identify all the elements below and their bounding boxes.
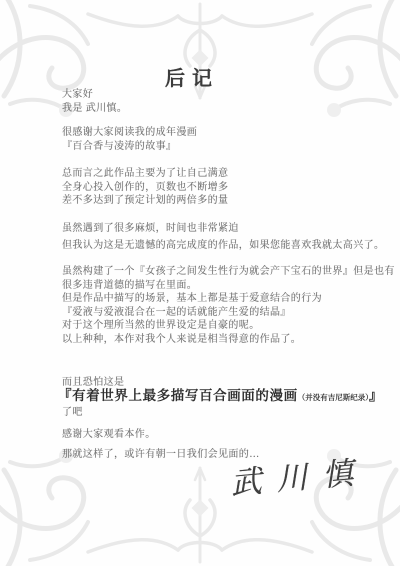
open-bracket: 『 [58,388,72,403]
text-line: 『百合香与凌涛的故事』 [62,140,197,154]
highlight-claim: 『有着世界上最多描写百合画面的漫画（并没有吉尼斯纪录）』 [58,384,383,404]
text-line: 虽然遇到了很多麻烦，时间也非常紧迫 [62,221,384,238]
text-line: 我是 武川慎。 [62,102,127,116]
creation-paragraph: 总而言之此作品主要为了让自己满意 全身心投入创作的，页数也不断增多 差不多达到了… [62,167,228,208]
text-line: 差不多达到了预定计划的两倍多的量 [62,194,228,208]
text-line: 但我认为这是无遗憾的高完成度的作品，如果您能喜欢我就太高兴了。 [62,238,384,255]
highlight-claim-note: （并没有吉尼斯纪录） [298,393,369,402]
greeting-paragraph: 大家好 我是 武川慎。 [62,88,127,115]
text-line: 了吧 [62,407,83,418]
world-setting-paragraph: 虽然构建了一个『女孩子之间发生性行为就会产下宝石的世界』但是也有 很多违背道德的… [62,265,395,346]
close-bracket: 』 [369,388,383,403]
page-title: 后记 [0,62,384,91]
thanks-paragraph: 很感谢大家阅读我的成年漫画 『百合香与凌涛的故事』 [62,126,197,153]
afterword-page: 后记 大家好 我是 武川慎。 很感谢大家阅读我的成年漫画 『百合香与凌涛的故事』… [0,0,400,566]
text-line: 很感谢大家阅读我的成年漫画 [62,126,197,140]
text-line: 对于这个理所当然的世界设定是自豪的呢。 [62,319,395,333]
bottom-border-flourish-ornament [0,426,400,566]
text-line: 虽然构建了一个『女孩子之间发生性行为就会产下宝石的世界』但是也有 [62,265,395,279]
highlight-tail: 了吧 [62,402,83,420]
text-line: 全身心投入创作的，页数也不断增多 [62,181,228,195]
text-line: 很多违背道德的描写在里面。 [62,279,395,293]
text-line: 感谢大家观看本作。 [62,428,156,442]
closing-thanks: 感谢大家观看本作。 [62,428,156,442]
text-line: 总而言之此作品主要为了让自己满意 [62,167,228,181]
text-line: 但是作品中描写的场景，基本上都是基于爱意结合的行为 [62,292,395,306]
trouble-paragraph: 虽然遇到了很多麻烦，时间也非常紧迫 但我认为这是无遗憾的高完成度的作品，如果您能… [62,221,384,254]
text-line: 『爱液与爱液混合在一起的话就能产生爱的结晶』 [62,306,395,320]
text-line: 以上种种，本作对我个人来说是相当得意的作品了。 [62,333,395,347]
highlight-claim-text: 有着世界上最多描写百合画面的漫画 [72,388,298,403]
text-line: 大家好 [62,88,127,102]
